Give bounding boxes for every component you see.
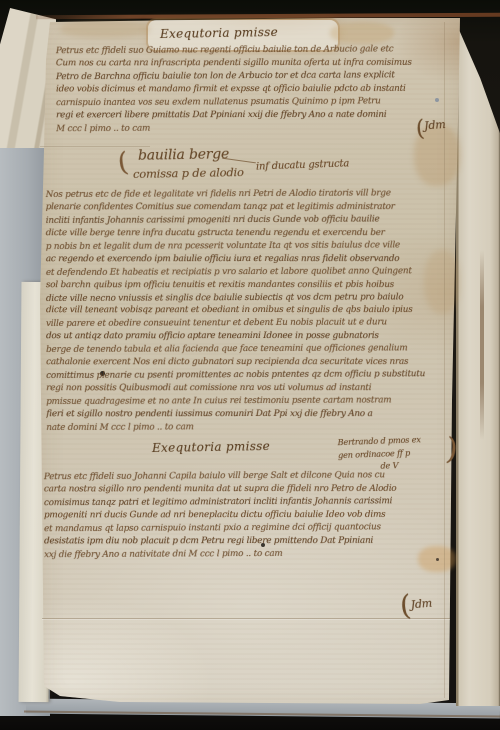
manuscript-photo: Exequtoria pmisse Petrus etc ffideli suo… — [0, 0, 500, 730]
text-line: p nobis bn et legalit dum de nra pcesser… — [46, 239, 458, 254]
text-line: sol barchn quibus ipm officiu tenuitis e… — [46, 278, 458, 291]
text-line: desistatis ipm diu nob placuit p dcm Pet… — [44, 534, 456, 548]
fold-crease — [42, 618, 450, 619]
text-line: nate domini M ccc l pimo .. to cam — [46, 420, 458, 435]
entry-heading-line1: bauilia berge — [138, 146, 229, 164]
text-line: Cum nos cu carta nra infrascripta penden… — [56, 57, 468, 71]
text-line: pmogeniti nri ducis Gunde ad nri benepla… — [44, 508, 456, 522]
rubric-executoria-bottom: Exequtoria pmisse — [152, 439, 270, 455]
text-line: comisimus tanqz patri et legitimo admini… — [44, 495, 456, 510]
text-line: comittimus plenarie cu psenti promittent… — [46, 368, 458, 383]
text-line: dicte ville berge tenre infra ducatu gst… — [46, 227, 458, 240]
text-line: ideo vobis dicimus et mandamo firmit et … — [56, 82, 468, 96]
text-line: pmissue quadragesime et no ante In cuius… — [46, 394, 458, 409]
text-line: carnispuio inantea vos seu exdem nullate… — [56, 95, 468, 110]
entry-heading-line2: comissa p de alodio — [133, 165, 244, 181]
folio-edge-crease — [480, 250, 484, 440]
text-line: ac regendo et exercendo ipm baiulie offi… — [46, 253, 458, 266]
signature-text: Jdm — [410, 597, 432, 612]
signature-text: Jdm — [424, 118, 446, 132]
text-line: carta nostra sigillo nro pendenti munita… — [44, 483, 456, 497]
entry-three-text: Petrus etc ffideli suo Johanni Capila ba… — [44, 469, 456, 561]
entry-one-text: Petrus etc ffideli suo Guiamo nuc regent… — [56, 43, 468, 135]
text-line: et mandamus qt lapso carnispuio instanti… — [44, 521, 456, 536]
text-line: plenarie confidentes Comitius sue comend… — [46, 201, 458, 214]
text-line: Petro de Barchna officiu baiulie ton lon… — [56, 69, 468, 84]
text-line: incliti infantis Johannis carissimi pmog… — [46, 213, 458, 228]
rubric-executoria-top: Exequtoria pmisse — [160, 25, 278, 41]
text-line: cathalonie exercent Nos eni dicto gubnat… — [46, 356, 458, 369]
entry-two-text: Nos petrus etc de fide et legalitate vri… — [46, 187, 459, 434]
chancery-signature: (Jdm — [399, 587, 434, 623]
text-line: Nos petrus etc de fide et legalitate vri… — [46, 187, 458, 202]
chancery-signature: (Jdm — [415, 115, 446, 142]
text-line: regi non possitis Quibusmodi aut comissi… — [46, 382, 458, 395]
text-line: fieri et sigillo nostro pendenti iussimu… — [46, 408, 458, 421]
text-line: et defendendo Et habeatis et recipiatis … — [46, 265, 458, 280]
text-line: xxj die ffebry Ano a nativitate dni M cc… — [44, 546, 456, 561]
text-line: M ccc l pimo .. to cam — [56, 120, 468, 135]
fold-crease — [40, 146, 150, 147]
text-line: regi et exerceri libere pmittatis Dat Pp… — [56, 108, 468, 122]
